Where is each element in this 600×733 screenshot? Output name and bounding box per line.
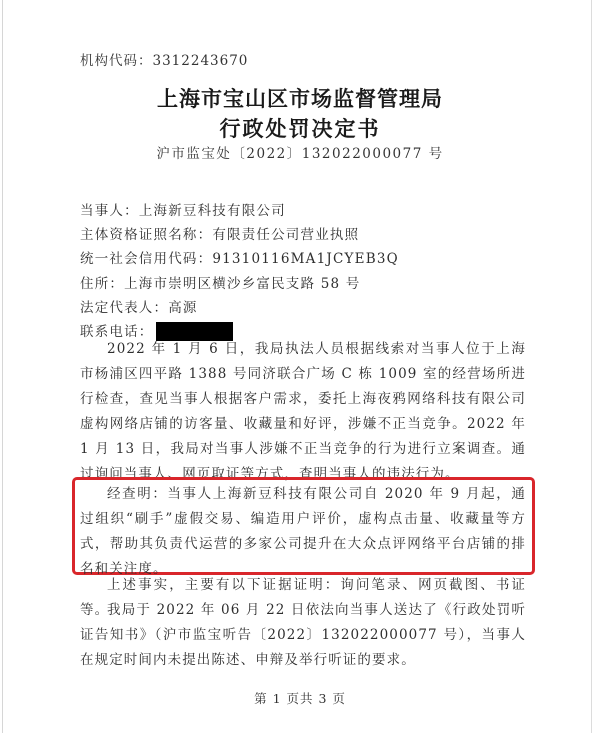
field-label: 住所： xyxy=(80,276,124,292)
party-info: 当事人：上海新豆科技有限公司 主体资格证照名称：有限责任公司营业执照 统一社会信… xyxy=(80,199,399,344)
field-value: 91310116MA1JCYEB3Q xyxy=(212,251,399,267)
field-label: 法定代表人： xyxy=(80,300,168,316)
field-value: 高源 xyxy=(168,300,197,316)
field-label: 统一社会信用代码： xyxy=(80,251,212,267)
license-type-row: 主体资格证照名称：有限责任公司营业执照 xyxy=(80,223,399,247)
document-title: 行政处罚决定书 xyxy=(0,113,600,143)
org-code-line: 机构代码：3312243670 xyxy=(80,49,248,69)
org-code-value: 3312243670 xyxy=(153,53,249,69)
field-value: 上海市崇明区横沙乡富民支路 58 号 xyxy=(124,276,360,292)
findings-paragraph: 经查明：当事人上海新豆科技有限公司自 2020 年 9 月起，通过组织“刷手”虚… xyxy=(80,482,526,582)
page-indicator: 第 1 页共 3 页 xyxy=(0,689,600,707)
field-value: 有限责任公司营业执照 xyxy=(212,227,359,243)
party-name-row: 当事人：上海新豆科技有限公司 xyxy=(80,199,399,223)
field-label: 主体资格证照名称： xyxy=(80,227,212,243)
investigation-paragraph: 2022 年 1 月 6 日，我局执法人员根据线索对当事人位于上海市杨浦区四平路… xyxy=(80,337,526,487)
hearing-notice-paragraph: 我局于 2022 年 06 月 22 日依法向当事人送达了《行政处罚听证告知书》… xyxy=(80,598,526,673)
field-label: 当事人： xyxy=(80,203,139,219)
document-number: 沪市监宝处〔2022〕132022000077 号 xyxy=(0,142,600,162)
legal-rep-row: 法定代表人：高源 xyxy=(80,296,399,320)
agency-title: 上海市宝山区市场监督管理局 xyxy=(0,83,600,113)
credit-code-row: 统一社会信用代码：91310116MA1JCYEB3Q xyxy=(80,247,399,271)
address-row: 住所：上海市崇明区横沙乡富民支路 58 号 xyxy=(80,272,399,296)
field-value: 上海新豆科技有限公司 xyxy=(139,203,286,219)
org-code-label: 机构代码： xyxy=(80,53,153,69)
